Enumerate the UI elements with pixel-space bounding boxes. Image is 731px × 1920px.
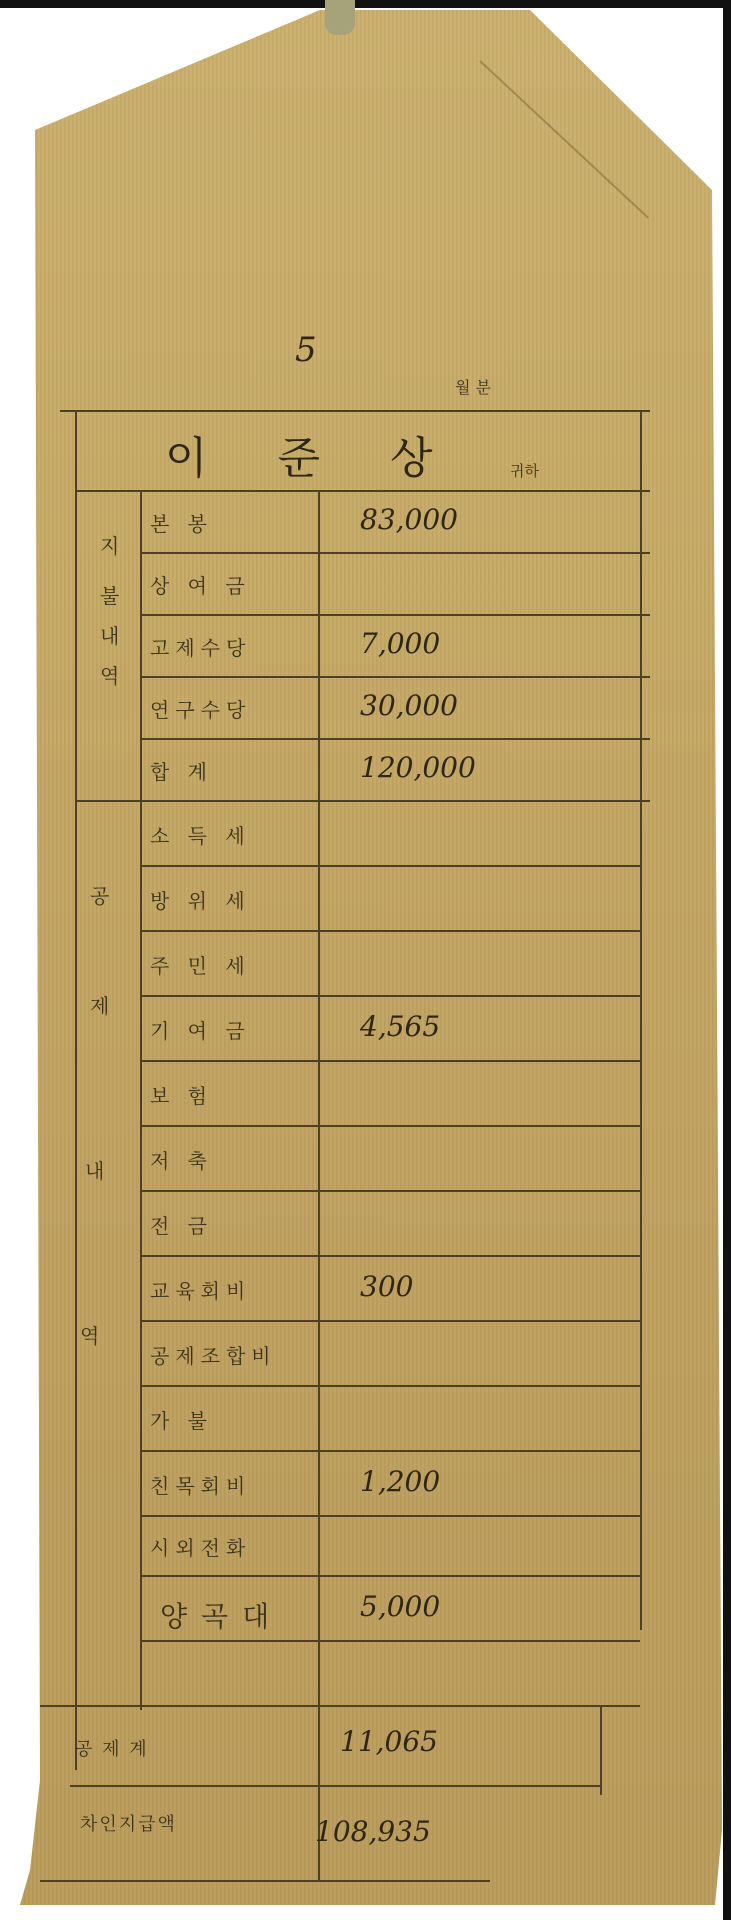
row-label: 시외전화 [150,1532,251,1561]
row-label: 양곡대 [160,1595,283,1635]
row-border [140,1125,640,1127]
recipient-name: 이 준 상 [165,422,460,486]
side-column-border [140,490,142,1710]
row-label: 공제조합비 [150,1340,277,1369]
row-value: 4,565 [360,1010,440,1043]
row-label: 친목회비 [150,1470,251,1499]
envelope-tab [325,0,355,35]
row-value: 5,000 [360,1590,440,1623]
totals-middle-border [70,1785,600,1787]
row-border [140,738,650,740]
row-border [140,1385,640,1387]
row-label: 고제수당 [150,632,251,661]
row-border [140,1640,640,1642]
name-row-border [75,490,650,492]
totals-right-border [600,1705,602,1795]
month-label: 월 분 [455,375,491,398]
row-label: 본 봉 [150,508,213,537]
row-value: 300 [360,1270,413,1303]
row-border [140,1060,640,1062]
payment-side-label-3: 내 [100,620,119,649]
row-label: 연구수당 [150,694,251,723]
row-border [140,865,640,867]
table-left-border [75,410,77,1770]
row-border [140,676,650,678]
page-mark: 5 [295,330,317,370]
payment-side-label-2: 불 [100,580,119,609]
row-border [140,1255,640,1257]
row-border [140,1320,640,1322]
row-label: 주 민 세 [150,950,251,979]
deduction-side-label-1: 공 [90,880,109,909]
table-top-border [60,410,650,412]
totals-top-border [40,1705,640,1707]
scan-border-top [0,0,731,8]
row-border [140,614,650,616]
table-right-border [640,410,642,1630]
row-border [140,1190,640,1192]
row-label: 기 여 금 [150,1015,251,1044]
payment-side-label-1: 지 [100,530,119,559]
deduction-total-label: 공 제 계 [75,1735,149,1761]
row-label: 교육회비 [150,1275,251,1304]
row-border [140,1515,640,1517]
salary-envelope [0,0,731,1920]
row-label: 가 불 [150,1405,213,1434]
row-label: 합 계 [150,756,213,785]
value-column-border [318,490,320,1880]
row-border [140,1575,640,1577]
row-label: 상 여 금 [150,570,251,599]
row-label: 전 금 [150,1210,213,1239]
row-label: 소 득 세 [150,820,251,849]
deduction-side-label-4: 역 [80,1320,99,1349]
scan-border-right [723,0,731,1920]
row-border [140,930,640,932]
row-value: 120,000 [360,751,476,784]
row-border [140,995,640,997]
section-divider [75,800,140,802]
row-label: 보 험 [150,1080,213,1109]
payment-side-label-4: 역 [100,660,119,689]
recipient-suffix: 귀하 [510,460,539,481]
deduction-side-label-3: 내 [85,1155,104,1184]
row-value: 83,000 [360,503,458,536]
deduction-total-value: 11,065 [340,1725,438,1758]
row-label: 저 축 [150,1145,213,1174]
totals-bottom-border [40,1880,490,1882]
row-label: 방 위 세 [150,885,251,914]
row-value: 7,000 [360,627,440,660]
deduction-side-label-2: 제 [90,990,109,1019]
row-value: 30,000 [360,689,458,722]
row-border [140,800,650,802]
net-pay-label: 차인지급액 [80,1810,177,1836]
row-border [140,552,650,554]
row-value: 1,200 [360,1465,440,1498]
net-pay-value: 108,935 [315,1815,431,1848]
row-border [140,1450,640,1452]
